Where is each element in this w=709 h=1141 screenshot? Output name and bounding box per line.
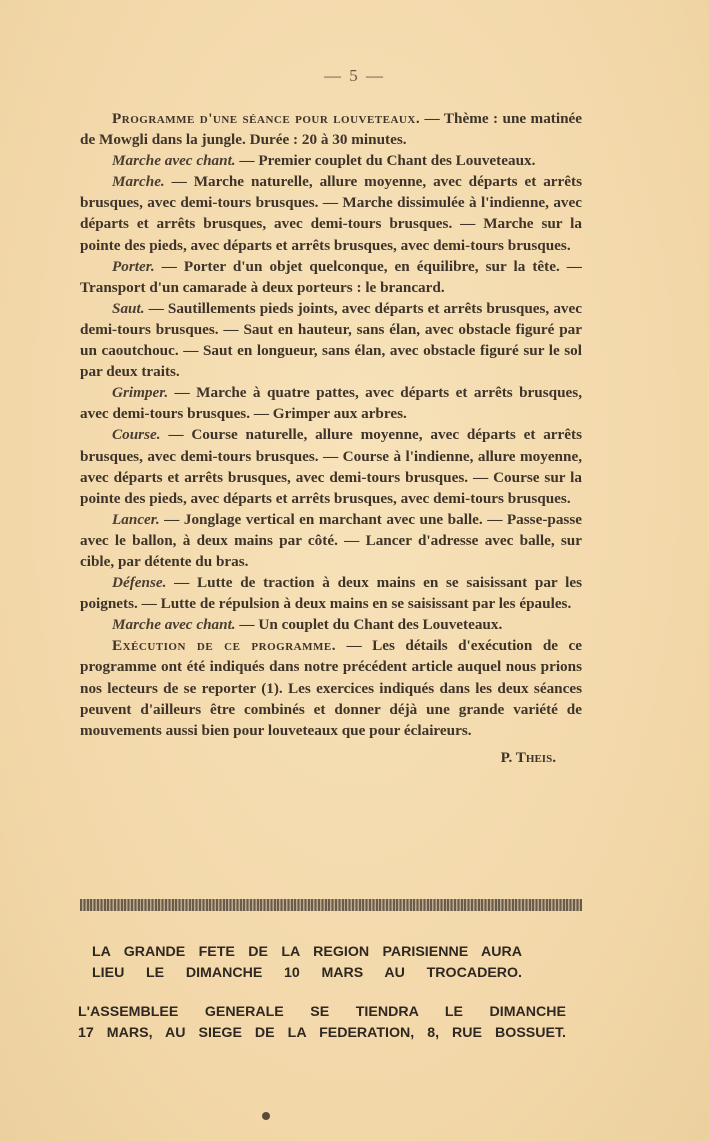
paragraph-execution: Exécution de ce programme. — Les détails… <box>80 635 582 740</box>
ink-dot-mark <box>262 1112 270 1120</box>
paragraph-text: — Porter d'un objet quelconque, en équil… <box>80 258 582 296</box>
notice-line: 17 MARS, AU SIEGE DE LA FEDERATION, 8, R… <box>78 1023 566 1044</box>
paragraph-lead: Course. <box>112 426 161 443</box>
paragraph-text: — Sautillements pieds joints, avec dépar… <box>80 300 582 380</box>
page-number: — 5 — <box>0 66 709 86</box>
paragraph-lead: Programme d'une séance pour louveteaux. <box>112 110 420 127</box>
notice-line: L'ASSEMBLEE GENERALE SE TIENDRA LE DIMAN… <box>78 1002 566 1023</box>
decorative-divider-rule <box>80 899 582 911</box>
notice-line: LIEU LE DIMANCHE 10 MARS AU TROCADERO. <box>92 963 522 984</box>
paragraph-lancer: Lancer. — Jonglage vertical en marchant … <box>80 509 582 572</box>
paragraph-lead: Saut. <box>112 300 145 317</box>
author-signature: P. Theis. <box>80 747 582 768</box>
article-body: Programme d'une séance pour louveteaux. … <box>80 108 582 768</box>
paragraph-lead: Défense. <box>112 574 166 591</box>
paragraph-lead: Marche avec chant. <box>112 616 236 633</box>
paragraph-lead: Marche avec chant. <box>112 152 236 169</box>
paragraph-programme-title: Programme d'une séance pour louveteaux. … <box>80 108 582 150</box>
paragraph-defense: Défense. — Lutte de traction à deux main… <box>80 572 582 614</box>
notice-assemblee: L'ASSEMBLEE GENERALE SE TIENDRA LE DIMAN… <box>78 1002 566 1044</box>
paragraph-text: — Premier couplet du Chant des Louveteau… <box>236 152 536 169</box>
paragraph-marche: Marche. — Marche naturelle, allure moyen… <box>80 171 582 255</box>
paragraph-marche-avec-chant: Marche avec chant. — Premier couplet du … <box>80 150 582 171</box>
paragraph-porter: Porter. — Porter d'un objet quelconque, … <box>80 256 582 298</box>
paragraph-lead: Marche. <box>112 173 165 190</box>
paragraph-course: Course. — Course naturelle, allure moyen… <box>80 424 582 508</box>
paragraph-marche-avec-chant-final: Marche avec chant. — Un couplet du Chant… <box>80 614 582 635</box>
notice-fete: LA GRANDE FETE DE LA REGION PARISIENNE A… <box>92 942 522 984</box>
notice-line: LA GRANDE FETE DE LA REGION PARISIENNE A… <box>92 942 522 963</box>
paragraph-grimper: Grimper. — Marche à quatre pattes, avec … <box>80 382 582 424</box>
paragraph-lead: Exécution de ce programme. <box>112 637 336 654</box>
paragraph-lead: Grimper. <box>112 384 168 401</box>
paragraph-saut: Saut. — Sautillements pieds joints, avec… <box>80 298 582 382</box>
paragraph-text: — Un couplet du Chant des Louveteaux. <box>236 616 503 633</box>
paragraph-lead: Lancer. <box>112 511 160 528</box>
paragraph-lead: Porter. <box>112 258 155 275</box>
